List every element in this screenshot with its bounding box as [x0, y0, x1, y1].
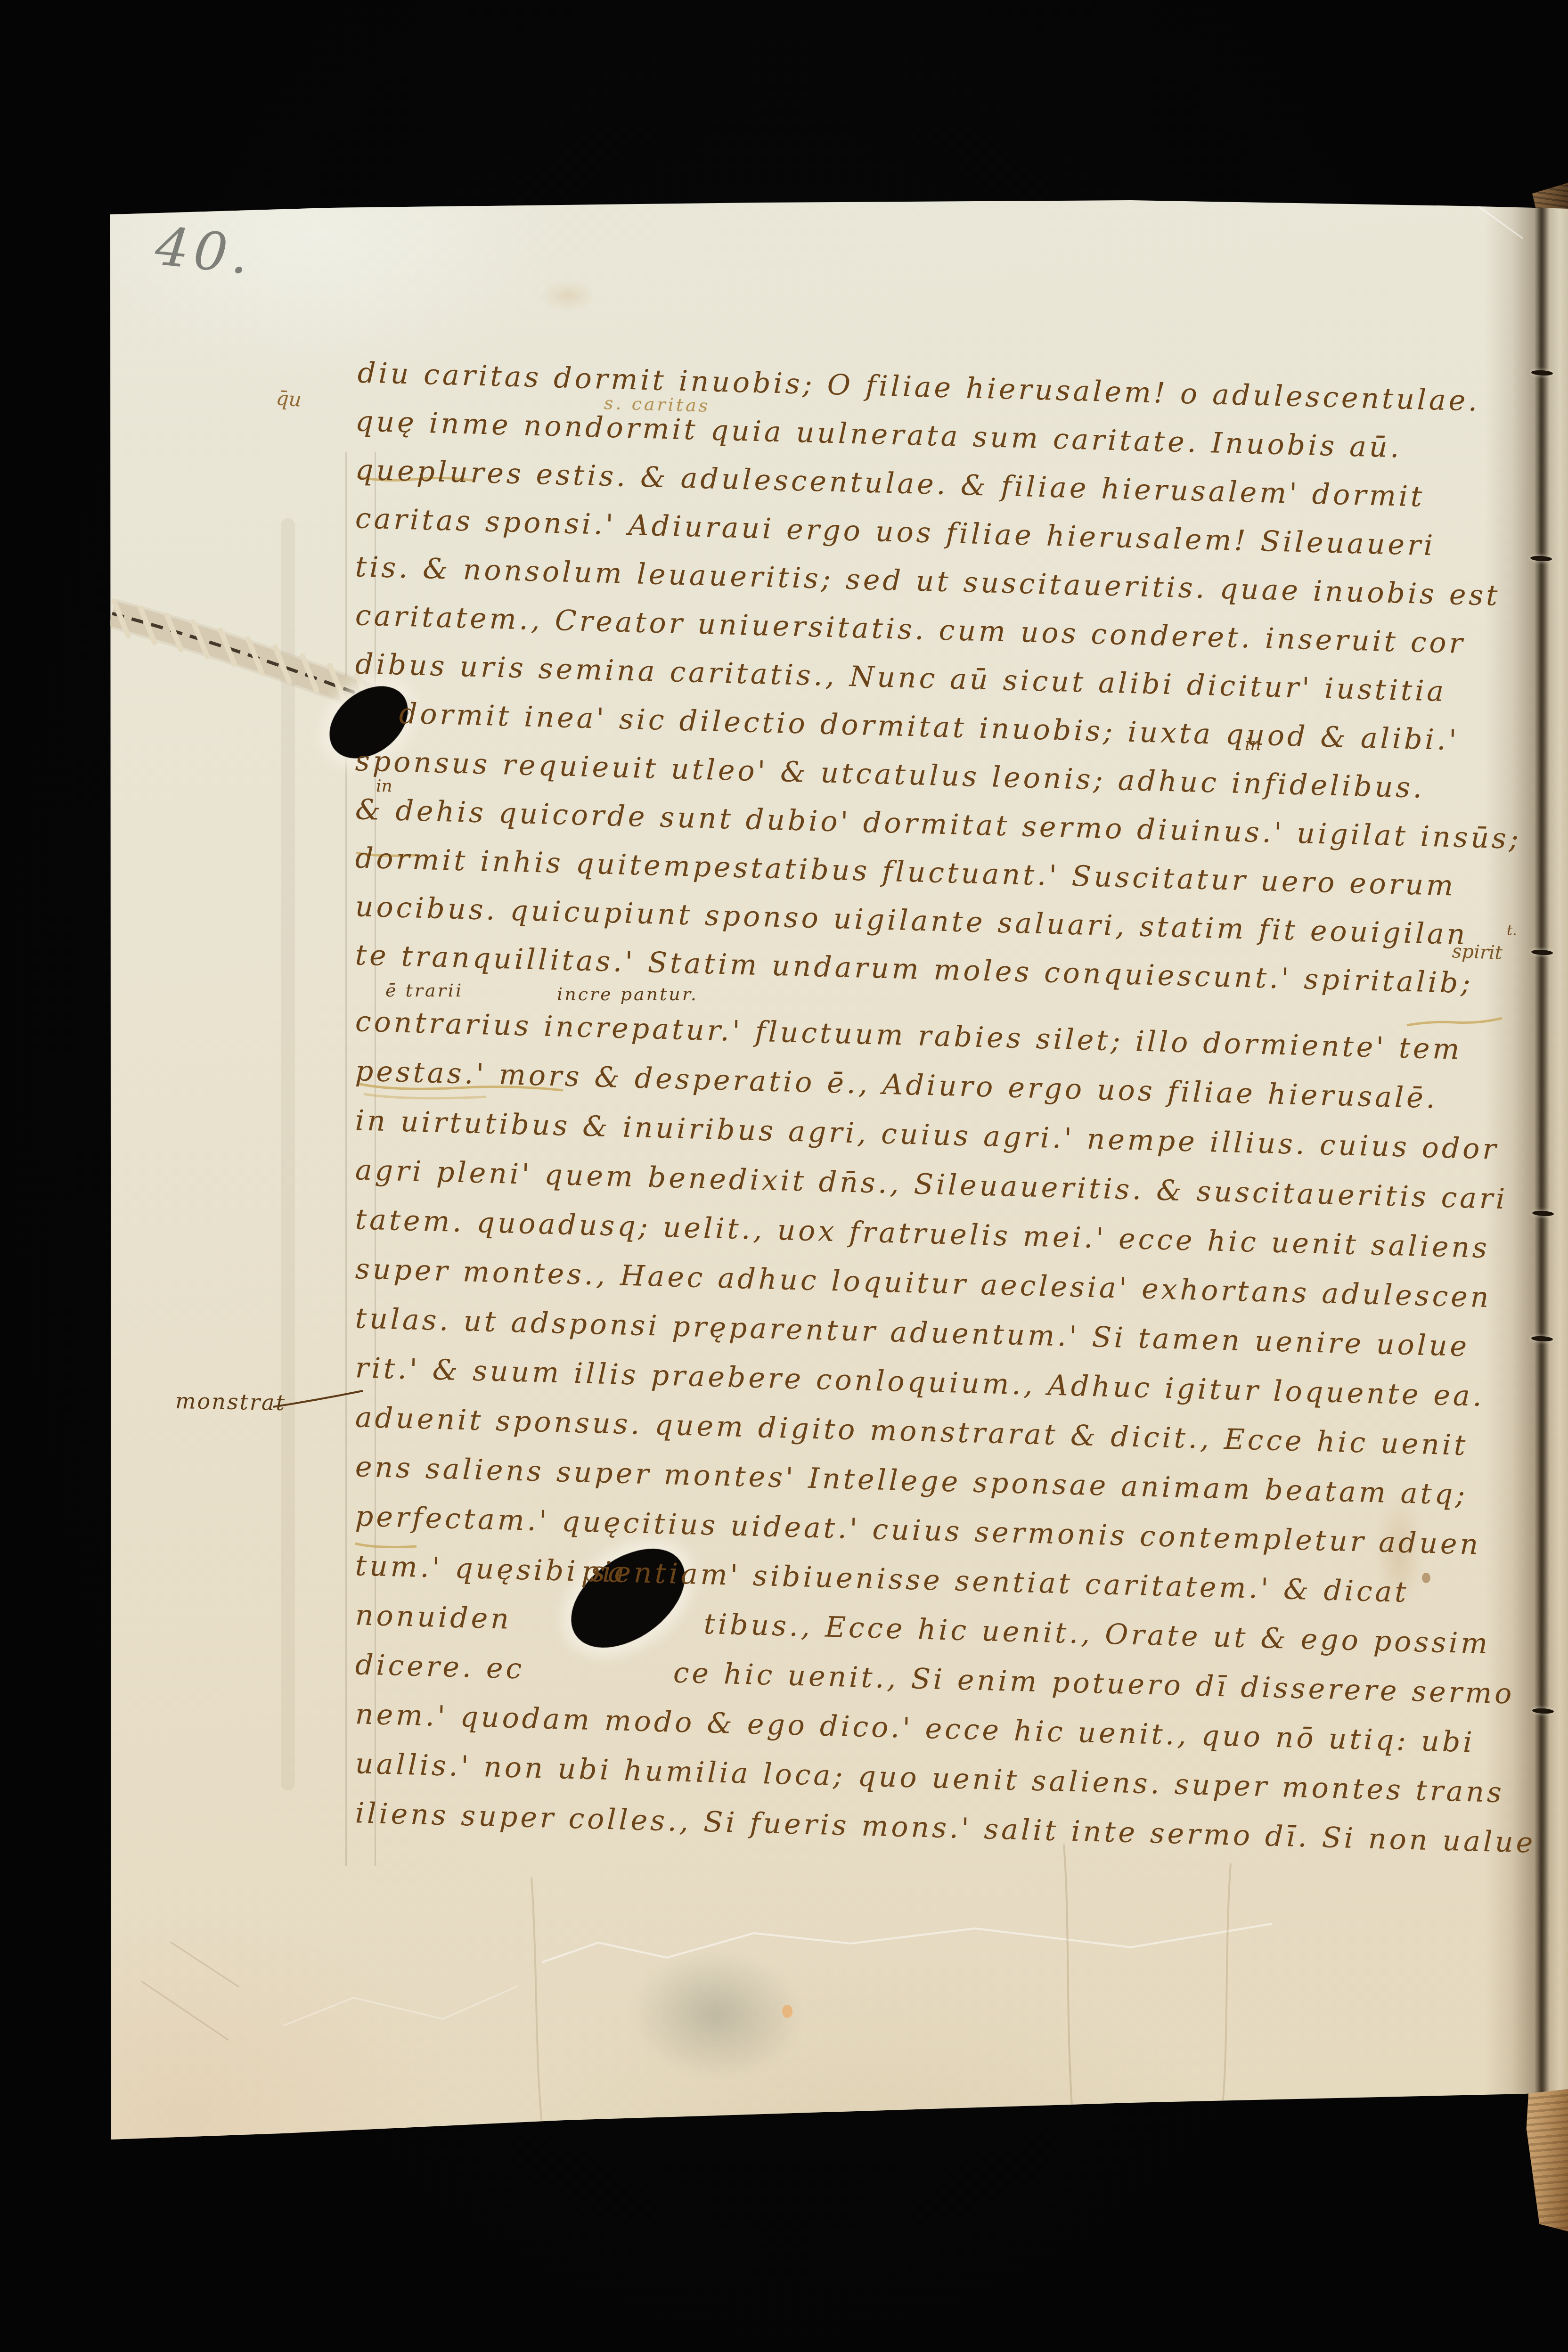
interlinear-gloss-increpantur: incre pantur. — [557, 984, 698, 1004]
interlinear-gloss-caritas: s. caritas — [604, 392, 710, 416]
crease — [1064, 1845, 1074, 2139]
crease — [542, 1924, 1272, 1962]
interlinear-gloss-in-1: in — [1244, 735, 1261, 755]
crease — [531, 1878, 544, 2141]
binding-fragment-bottom-right — [1525, 2084, 1568, 2231]
crease — [141, 1942, 239, 2040]
folio-number: 40. — [153, 215, 257, 286]
margin-gloss-spirit: spirit — [1452, 940, 1503, 964]
interlinear-gloss-in-2: in — [376, 776, 392, 796]
interlinear-gloss-contrarii: ē trarii — [385, 980, 463, 1001]
parchment-leaf: 40. q̄u diu caritas dormit inuobis; O fi… — [0, 0, 1568, 2352]
crease — [283, 1986, 518, 2026]
margin-gloss-monstrat: monstrat — [175, 1388, 286, 1415]
crease — [1220, 1863, 1231, 2130]
manuscript-photograph: 40. q̄u diu caritas dormit inuobis; O fi… — [0, 0, 1568, 2352]
margin-gloss-t: t. — [1507, 923, 1517, 939]
crease — [1452, 188, 1523, 238]
